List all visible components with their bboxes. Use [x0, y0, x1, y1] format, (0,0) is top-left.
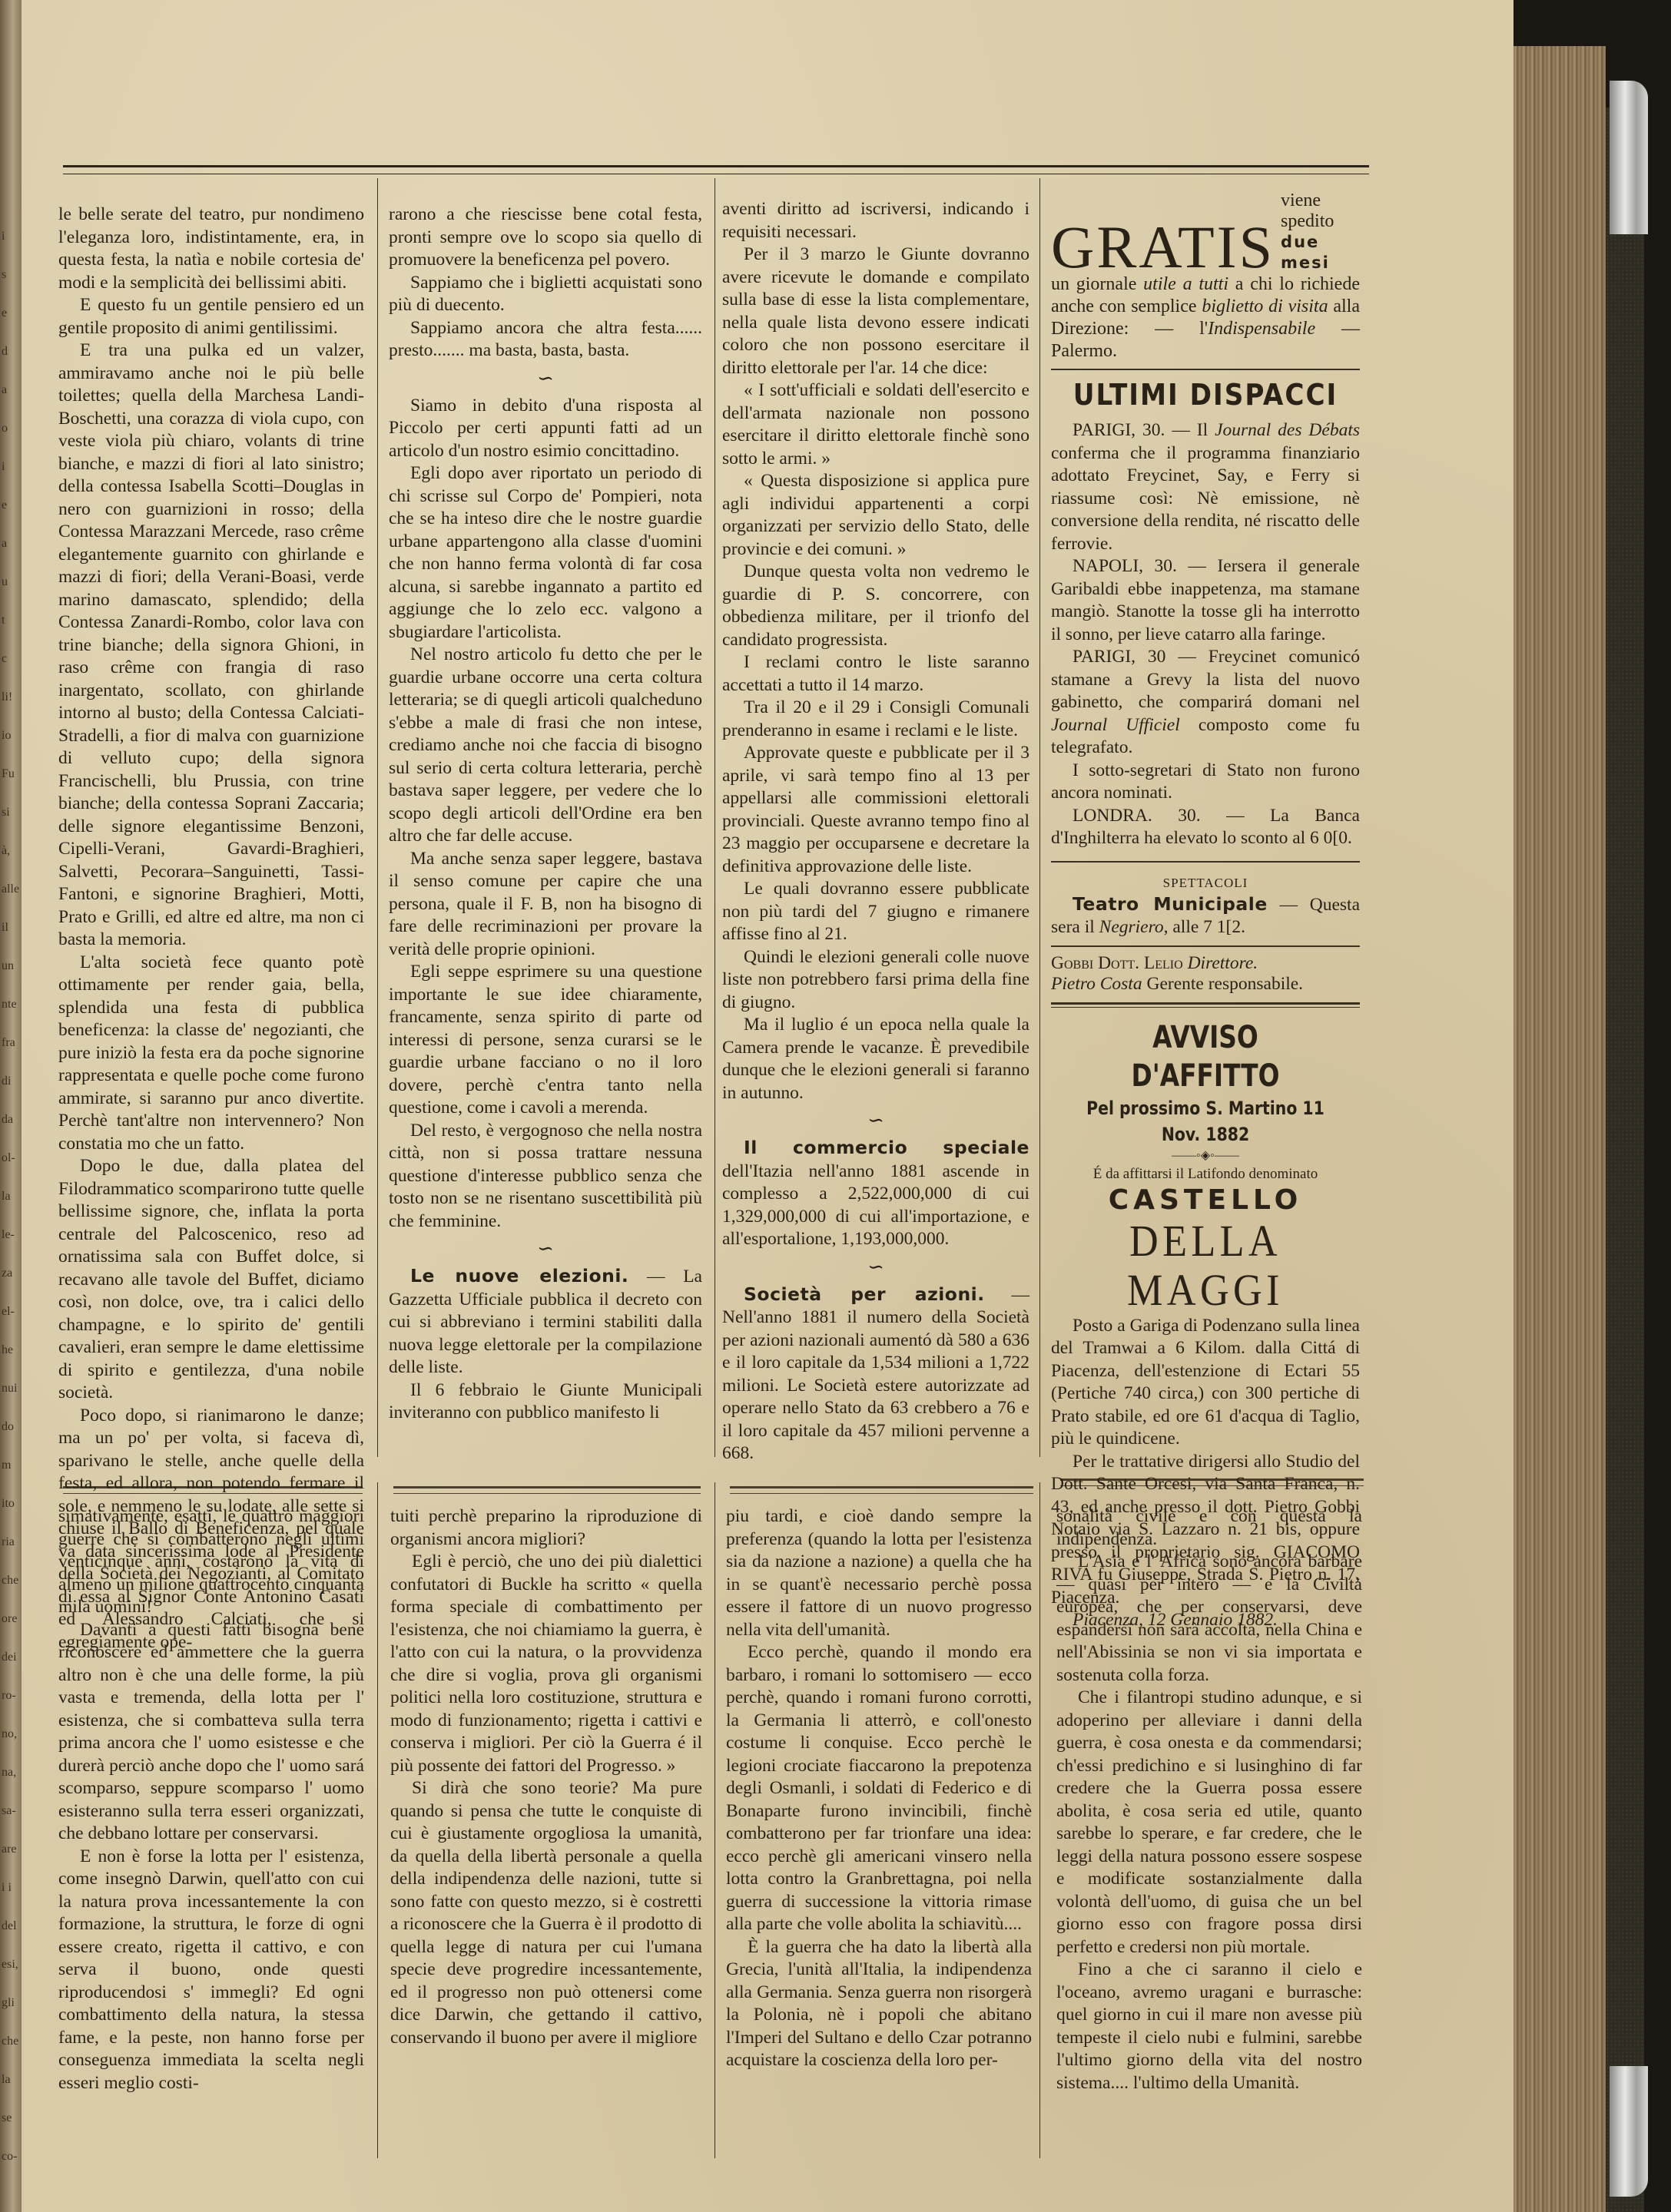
adjacent-page-text-fragment: li!: [2, 691, 12, 704]
article-paragraph: Dopo le due, dalla platea del Filodramma…: [58, 1155, 364, 1405]
adjacent-page-text-fragment: io: [2, 730, 11, 742]
article-paragraph: Ma il luglio é un epoca nella quale la C…: [722, 1014, 1029, 1104]
top-double-rule: [63, 165, 1369, 174]
adjacent-page-text-fragment: za: [2, 1267, 12, 1280]
article-paragraph: Società per azioni. — Nell'anno 1881 il …: [722, 1283, 1029, 1465]
article-paragraph: Del resto, è vergognoso che nella nostra…: [389, 1120, 702, 1233]
ad-ornament: ——◦◈◦——: [1051, 1147, 1360, 1164]
article-paragraph: Ecco perchè, quando il mondo era barbaro…: [726, 1641, 1032, 1936]
article-paragraph: L'Asia e l' Africa sono ancora barbare —…: [1056, 1551, 1362, 1687]
article-paragraph: Il 6 febbraio le Giunte Municipali invit…: [389, 1379, 702, 1425]
article-paragraph: aventi diritto ad iscriversi, indicando …: [722, 198, 1029, 243]
article-paragraph: Le quali dovranno essere pubblicate non …: [722, 878, 1029, 946]
book-page-edges: [1514, 46, 1606, 2212]
adjacent-page-text-fragment: i: [2, 461, 5, 473]
divider: [1051, 1002, 1360, 1008]
lower-column-4: sonalità civile e con questa la indipend…: [1056, 1505, 1362, 2094]
adjacent-page-text-fragment: à,: [2, 845, 10, 857]
dispatches-list: PARIGI, 30. — Il Journal des Débats conf…: [1051, 419, 1360, 850]
article-heading: Le nuove elezioni.: [410, 1265, 628, 1286]
lower-column-1: simativamente, esatti, le quattro maggio…: [58, 1505, 364, 2094]
adjacent-page-text-fragment: fra: [2, 1037, 15, 1049]
gratis-side-text: viene spedito: [1281, 190, 1334, 231]
article-paragraph: piu tardi, e cioè dando sempre la prefer…: [726, 1505, 1032, 1641]
adjacent-page-text-fragment: e: [2, 499, 7, 512]
article-paragraph: E tra una pulka ed un valzer, ammiravamo…: [58, 339, 364, 952]
adjacent-page-text-fragment: c: [2, 653, 7, 665]
article-paragraph: Le nuove elezioni. — La Gazzetta Ufficia…: [389, 1265, 702, 1379]
metal-corner-bottom-icon: [1610, 2066, 1648, 2197]
adjacent-page-text-fragment: esi,: [2, 1959, 18, 1971]
adjacent-page-text-fragment: no,: [2, 1728, 17, 1740]
article-paragraph: Nel nostro articolo fu detto che per le …: [389, 644, 702, 848]
ad-name-line2: DELLA MAGGI: [1066, 1217, 1344, 1315]
article-column-3: aventi diritto ad iscriversi, indicando …: [722, 198, 1029, 1465]
article-paragraph: Il commercio speciale dell'Itazia nell'a…: [722, 1137, 1029, 1251]
adjacent-page-text-fragment: e: [2, 307, 7, 320]
adjacent-page-text-fragment: nui: [2, 1382, 17, 1395]
article-paragraph: È la guerra che ha dato la libertà alla …: [726, 1936, 1032, 2072]
adjacent-page-text-fragment: il: [2, 922, 8, 934]
adjacent-page-text-fragment: ro-: [2, 1690, 16, 1702]
column-divider: [714, 1482, 715, 2158]
gratis-headline: GRATIS: [1051, 221, 1275, 273]
adjacent-page-text-fragment: o: [2, 422, 8, 435]
section-ornament-icon: ∽: [722, 1108, 1029, 1134]
adjacent-page-text-fragment: sa-: [2, 1805, 16, 1817]
article-paragraph: « Questa disposizione si applica pure ag…: [722, 470, 1029, 561]
article-paragraph: Approvate queste e pubblicate per il 3 a…: [722, 742, 1029, 878]
dispatch-item: I sotto-segretari di Stato non furono an…: [1051, 760, 1360, 805]
divider: [1051, 861, 1360, 863]
article-paragraph: rarono a che riescisse bene cotal festa,…: [389, 204, 702, 272]
section-ornament-icon: ∽: [722, 1254, 1029, 1280]
gratis-side-bold: due mesi: [1281, 233, 1330, 272]
adjacent-page-text-fragment: are: [2, 1843, 17, 1856]
dispatch-item: LONDRA. 30. — La Banca d'Inghilterra ha …: [1051, 805, 1360, 850]
adjacent-page-text-fragment: na,: [2, 1767, 16, 1779]
spettacoli-entry: Teatro Municipale — Questa sera il Negri…: [1051, 893, 1360, 939]
adjacent-page-text-fragment: ore: [2, 1613, 17, 1625]
article-paragraph: Si dirà che sono teorie? Ma pure quando …: [390, 1777, 702, 2049]
adjacent-page-text-fragment: ol-: [2, 1152, 15, 1164]
article-paragraph: I reclami contro le liste saranno accett…: [722, 651, 1029, 697]
article-column-2: rarono a che riescisse bene cotal festa,…: [389, 204, 702, 1425]
article-paragraph: Per il 3 marzo le Giunte dovranno avere …: [722, 243, 1029, 379]
adjacent-page-text-fragment: la: [2, 1190, 11, 1203]
article-paragraph: Tra il 20 e il 29 i Consigli Comunali pr…: [722, 697, 1029, 742]
adjacent-page-text-fragment: del: [2, 1920, 17, 1932]
article-column-1: le belle serate del teatro, pur nondimen…: [58, 204, 364, 1654]
article-paragraph: Egli seppe esprimere su una questione im…: [389, 961, 702, 1120]
column-divider: [714, 178, 715, 1457]
adjacent-page-text-fragment: co-: [2, 2151, 17, 2163]
adjacent-page-text-fragment: s: [2, 269, 6, 281]
adjacent-page-text-fragment: a: [2, 384, 7, 396]
dispatch-item: PARIGI, 30. — Il Journal des Débats conf…: [1051, 419, 1360, 555]
adjacent-page-text-fragment: da: [2, 1114, 13, 1126]
adjacent-page-text-fragment: nte: [2, 998, 17, 1011]
article-paragraph: Ma anche senza saper leggere, bastava il…: [389, 848, 702, 962]
ad-para-1: Posto a Gariga di Podenzano sulla linea …: [1051, 1315, 1360, 1451]
article-paragraph: Fino a che ci saranno il cielo e l'ocean…: [1056, 1959, 1362, 2094]
adjacent-page-text-fragment: i i: [2, 1882, 12, 1894]
adjacent-page-text-fragment: si: [2, 806, 10, 819]
article-paragraph: Sappiamo che i biglietti acquistati sono…: [389, 272, 702, 317]
adjacent-page-text-fragment: ria: [2, 1536, 15, 1548]
article-paragraph: Siamo in debito d'una risposta al Piccol…: [389, 395, 702, 463]
article-paragraph: E questo fu un gentile pensiero ed un ge…: [58, 294, 364, 339]
divider: [1051, 369, 1360, 370]
dispatches-title: ULTIMI DISPACCI: [1051, 376, 1360, 413]
adjacent-page-text-fragment: la: [2, 2074, 11, 2086]
section-rule: [393, 1486, 701, 1494]
adjacent-page-text-fragment: che: [2, 2035, 18, 2048]
article-paragraph: tuiti perchè preparino la riproduzione d…: [390, 1505, 702, 1551]
section-rule: [730, 1486, 1033, 1494]
adjacent-page-text-fragment: el-: [2, 1306, 15, 1318]
column-divider: [1039, 1482, 1040, 2158]
adjacent-page-text-fragment: m: [2, 1459, 11, 1472]
adjacent-page-text-fragment: che: [2, 1575, 18, 1587]
section-ornament-icon: ∽: [389, 366, 702, 392]
article-paragraph: « I sott'ufficiali e soldati dell'eserci…: [722, 379, 1029, 470]
article-paragraph: E non è forse la lotta per l' esistenza,…: [58, 1846, 364, 2095]
divider: [1051, 945, 1360, 947]
adjacent-page-text-fragment: do: [2, 1421, 14, 1433]
gratis-body: un giornale utile a tutti a chi lo richi…: [1051, 273, 1360, 363]
article-paragraph: Dunque questa volta non vedremo le guard…: [722, 561, 1029, 651]
dispatches-ads-column: GRATIS viene spedito due mesi un giornal…: [1051, 190, 1360, 1632]
article-paragraph: simativamente, esatti, le quattro maggio…: [58, 1505, 364, 1619]
column-divider: [377, 178, 378, 1457]
article-paragraph: Davanti a questi fatti bisogna bene rico…: [58, 1619, 364, 1846]
adjacent-page-text-fragment: d: [2, 346, 8, 358]
adjacent-page-edge: isedaoieautcli!ioFusià,alleilunntefradid…: [0, 0, 22, 2212]
dispatch-item: PARIGI, 30 — Freycinet comunicó stamane …: [1051, 646, 1360, 760]
article-heading: Società per azioni.: [744, 1283, 985, 1305]
book-cover-cloth: [1606, 108, 1644, 2212]
lower-column-2: tuiti perchè preparino la riproduzione d…: [390, 1505, 702, 2049]
adjacent-page-text-fragment: un: [2, 960, 14, 972]
article-paragraph: sonalità civile e con questa la indipend…: [1056, 1505, 1362, 1551]
article-paragraph: Che i filantropi studino adunque, e si a…: [1056, 1687, 1362, 1959]
adjacent-page-text-fragment: dei: [2, 1651, 17, 1664]
credits: Gobbi Dott. Lelio Direttore. Pietro Cost…: [1051, 953, 1360, 995]
adjacent-page-text-fragment: u: [2, 576, 8, 588]
adjacent-page-text-fragment: ito: [2, 1498, 15, 1510]
adjacent-page-text-fragment: i: [2, 230, 5, 243]
article-paragraph: Egli è perciò, che uno dei più dialettic…: [390, 1551, 702, 1777]
ad-title: AVVISO D'AFFITTO: [1079, 1018, 1332, 1095]
dispatch-item: NAPOLI, 30. — Iersera il generale Gariba…: [1051, 555, 1360, 646]
article-paragraph: Quindi le elezioni generali colle nuove …: [722, 946, 1029, 1015]
adjacent-page-text-fragment: gli: [2, 1997, 15, 2009]
column-divider: [377, 1482, 378, 2158]
ad-name-line1: CASTELLO: [1051, 1184, 1360, 1217]
metal-corner-top-icon: [1610, 81, 1648, 234]
article-paragraph: le belle serate del teatro, pur nondimen…: [58, 204, 364, 294]
adjacent-page-text-fragment: le-: [2, 1229, 15, 1241]
adjacent-page-text-fragment: di: [2, 1075, 11, 1088]
ad-subtitle: Pel prossimo S. Martino 11 Nov. 1882: [1074, 1095, 1337, 1147]
article-paragraph: L'alta società fece quanto potè ottimame…: [58, 952, 364, 1156]
spettacoli-title: SPETTACOLI: [1051, 873, 1360, 893]
section-ornament-icon: ∽: [389, 1236, 702, 1262]
adjacent-page-text-fragment: he: [2, 1344, 13, 1356]
article-paragraph: Egli dopo aver riportato un periodo di c…: [389, 462, 702, 644]
article-heading: Il commercio speciale: [744, 1137, 1029, 1158]
adjacent-page-text-fragment: Fu: [2, 768, 15, 780]
adjacent-page-text-fragment: se: [2, 2112, 12, 2124]
adjacent-page-text-fragment: a: [2, 538, 7, 550]
adjacent-page-text-fragment: alle: [2, 883, 19, 896]
article-paragraph: Sappiamo ancora che altra festa...... pr…: [389, 317, 702, 363]
lower-column-3: piu tardi, e cioè dando sempre la prefer…: [726, 1505, 1032, 2072]
column-divider: [1039, 178, 1040, 1457]
ad-note: É da affittarsi il Latifondo denominato: [1051, 1164, 1360, 1184]
adjacent-page-text-fragment: t: [2, 614, 5, 627]
gratis-ad: GRATIS viene spedito due mesi: [1051, 190, 1360, 273]
